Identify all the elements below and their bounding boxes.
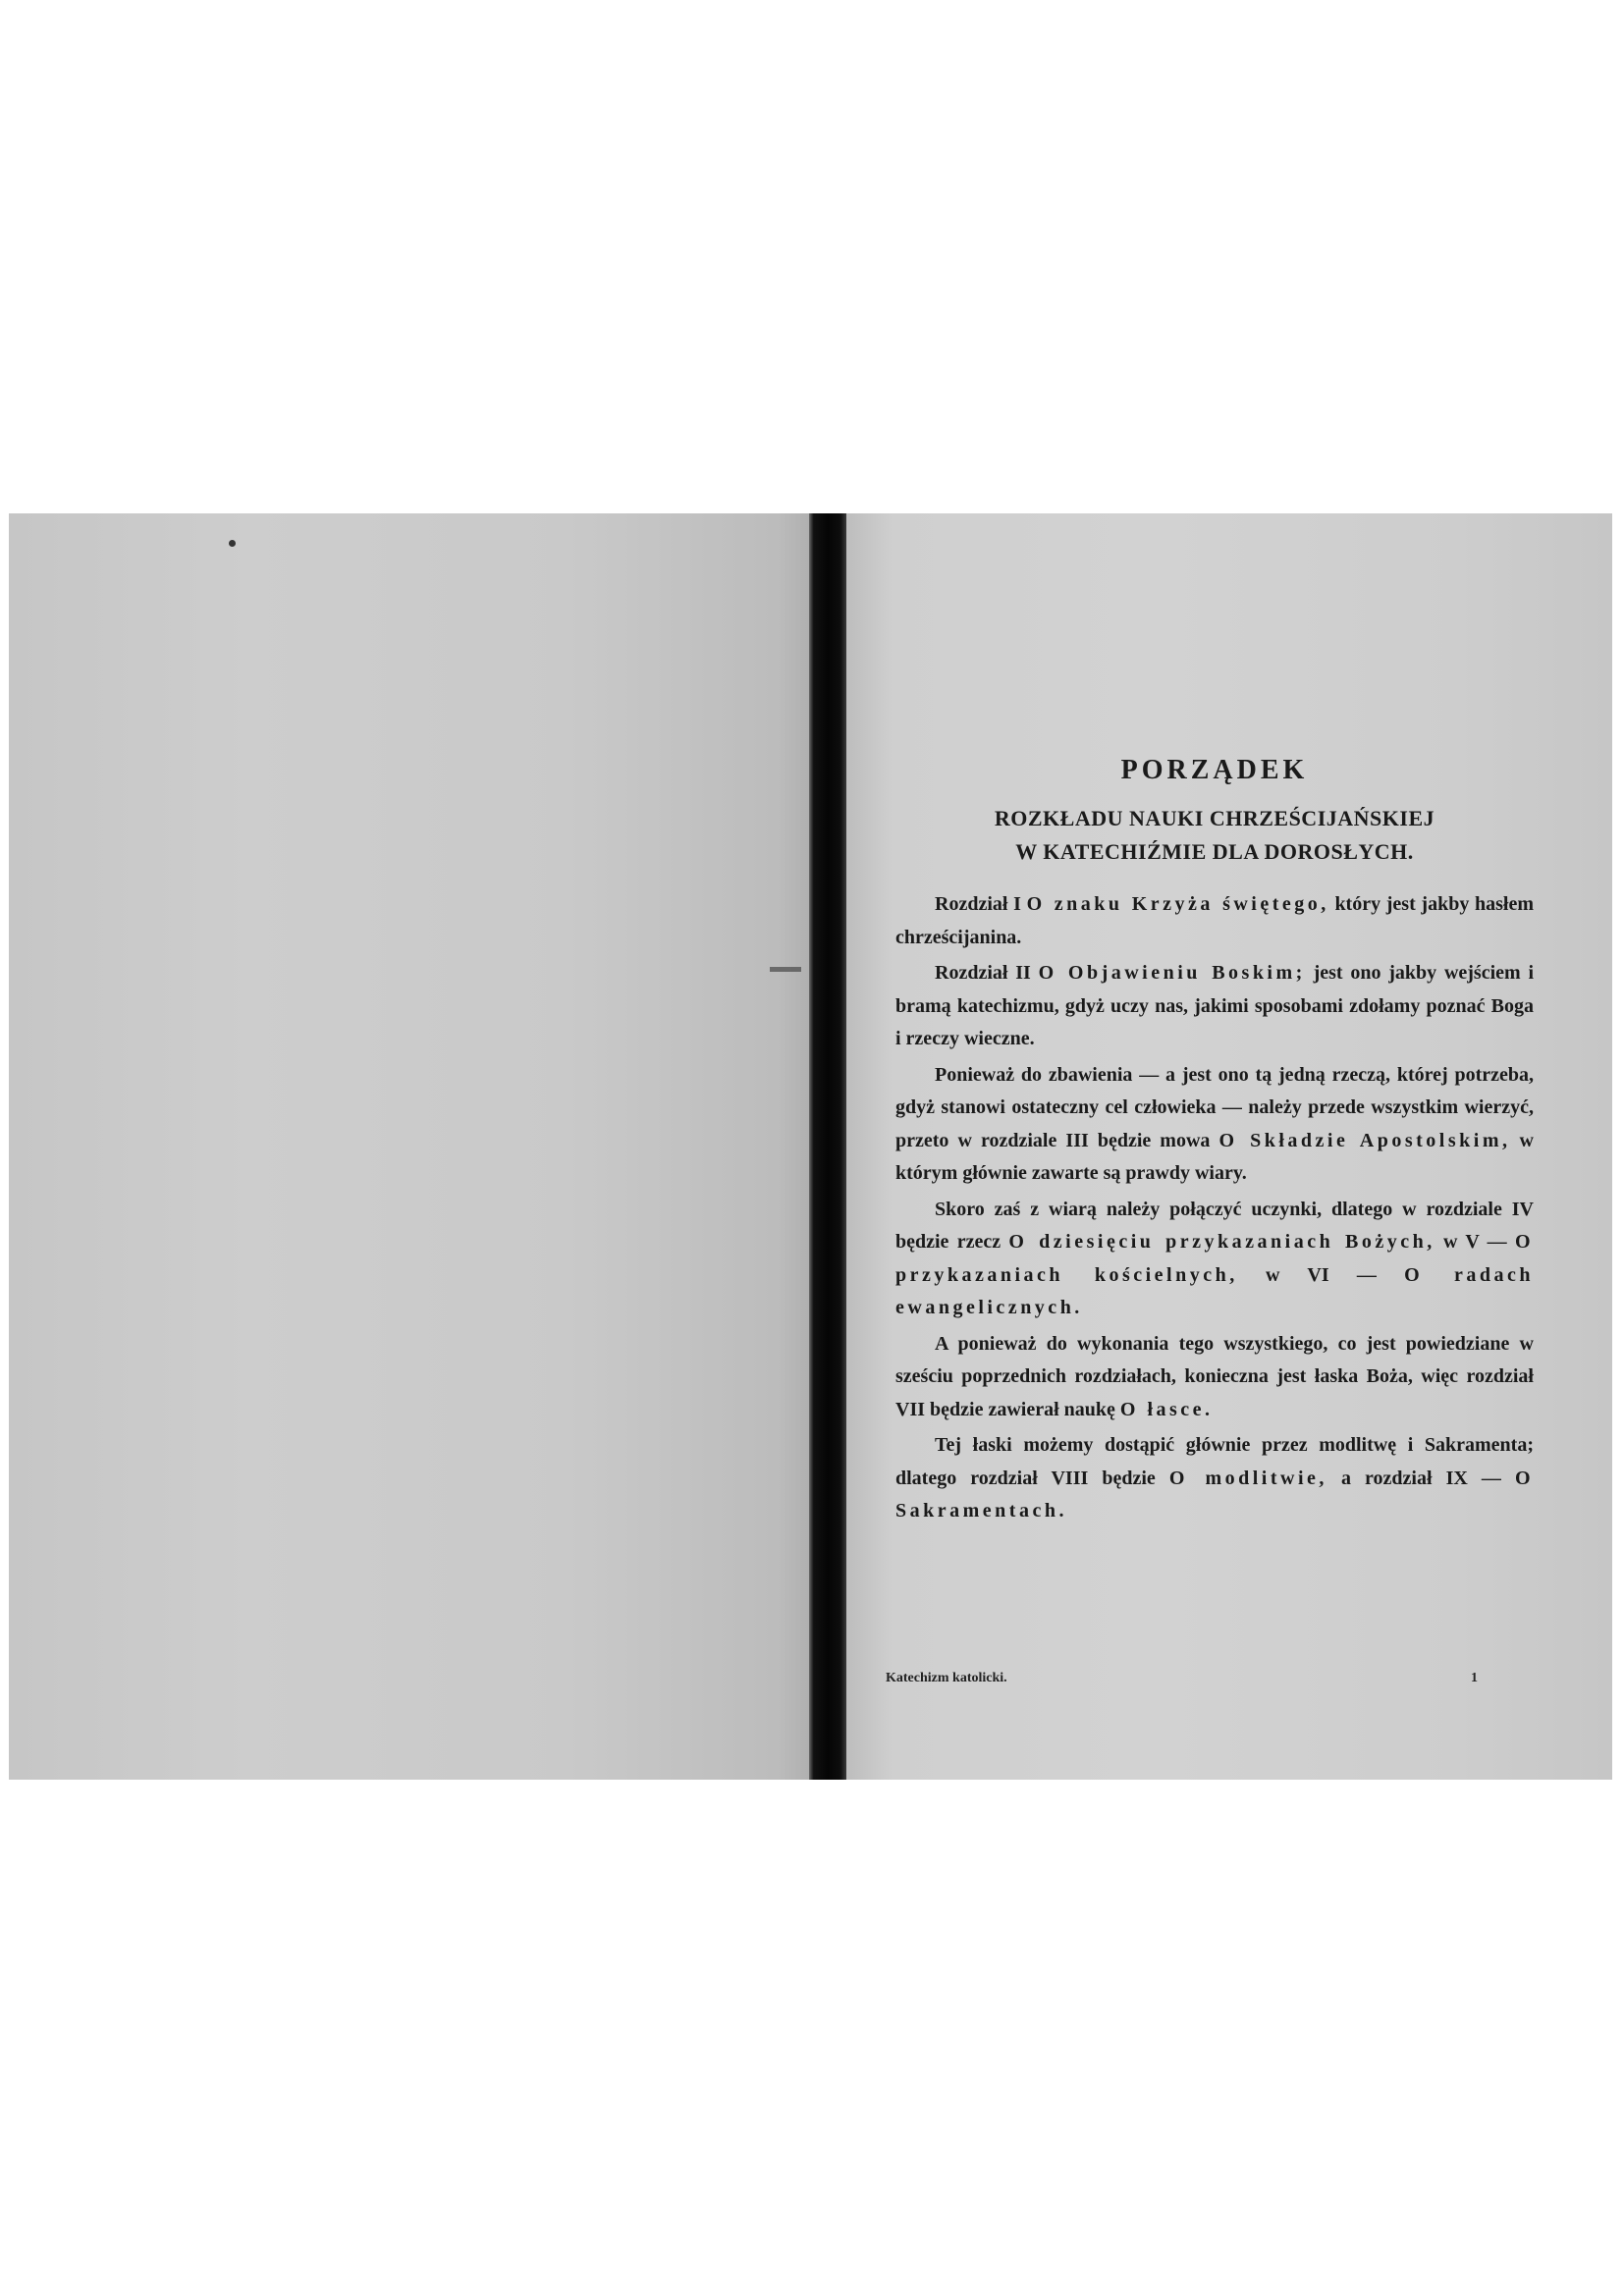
paragraph: Ponieważ do zbawienia — a jest ono tą je… — [895, 1059, 1534, 1191]
book-scan: PORZĄDEK ROZKŁADU NAUKI CHRZEŚCIJAŃSKIEJ… — [9, 513, 1612, 1780]
left-page-blank — [9, 513, 809, 1780]
paragraph: Rozdział II O Objawieniu Boskim; jest on… — [895, 957, 1534, 1056]
paragraph-text: Rozdział II — [935, 962, 1039, 984]
gutter-mark — [770, 967, 801, 972]
paragraph: Skoro zaś z wiarą należy połączyć uczynk… — [895, 1194, 1534, 1325]
chapter-title-emphasis: O znaku Krzyża świętego, — [1027, 893, 1329, 915]
chapter-title-emphasis: O dziesięciu przykazaniach Bożych, — [1008, 1231, 1435, 1253]
paragraph-text: Rozdział I — [935, 893, 1027, 915]
page-subtitle-line-2: W KATECHIŹMIE DLA DOROSŁYCH. — [895, 839, 1534, 865]
body-text: Rozdział I O znaku Krzyża świętego, któr… — [895, 888, 1534, 1531]
paragraph: A ponieważ do wykonania tego wszystkiego… — [895, 1328, 1534, 1427]
page-title: PORZĄDEK — [895, 755, 1534, 786]
chapter-title-emphasis: O modlitwie, — [1169, 1468, 1327, 1489]
page-number: 1 — [1471, 1671, 1478, 1686]
chapter-title-emphasis: O łasce. — [1120, 1399, 1214, 1420]
right-page: PORZĄDEK ROZKŁADU NAUKI CHRZEŚCIJAŃSKIEJ… — [846, 513, 1612, 1780]
footer-signature: Katechizm katolicki. — [886, 1671, 1007, 1686]
ink-speck — [229, 540, 236, 547]
paragraph-text: a rozdział IX — — [1327, 1468, 1515, 1489]
paragraph: Tej łaski możemy dostąpić głównie przez … — [895, 1429, 1534, 1528]
page-subtitle-line-1: ROZKŁADU NAUKI CHRZEŚCIJAŃSKIEJ — [895, 806, 1534, 831]
chapter-title-emphasis: O Objawieniu Boskim; — [1039, 962, 1306, 984]
paragraph-text: w V — — [1435, 1231, 1515, 1253]
paragraph-text: A ponieważ do wykonania tego wszystkiego… — [895, 1333, 1534, 1420]
chapter-title-emphasis: O Składzie Apostolskim, — [1218, 1130, 1510, 1151]
book-spine — [809, 513, 846, 1780]
paragraph: Rozdział I O znaku Krzyża świętego, któr… — [895, 888, 1534, 954]
paragraph-text: w VI — — [1238, 1264, 1404, 1286]
